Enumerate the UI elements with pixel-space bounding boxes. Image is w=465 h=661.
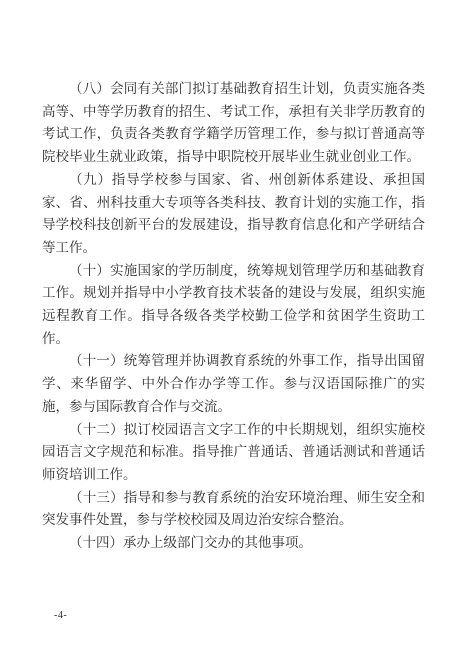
document-body: （八）会同有关部门拟订基础教育招生计划，负责实施各类高等、中等学历教育的招生、考…	[42, 78, 425, 555]
paragraph-item-9: （九）指导学校参与国家、省、州创新体系建设、承担国家、省、州科技重大专项等各类科…	[42, 169, 425, 260]
paragraph-item-11: （十一）统筹管理并协调教育系统的外事工作，指导出国留学、来华留学、中外合作办学等…	[42, 350, 425, 418]
paragraph-item-10: （十）实施国家的学历制度，统筹规划管理学历和基础教育工作。规划并指导中小学教育技…	[42, 260, 425, 351]
paragraph-item-13: （十三）指导和参与教育系统的治安环境治理、师生安全和突发事件处置，参与学校校园及…	[42, 487, 425, 532]
page-number: -4-	[54, 610, 67, 622]
paragraph-item-12: （十二）拟订校园语言文字工作的中长期规划，组织实施校园语言文字规范和标准。指导推…	[42, 419, 425, 487]
document-page: （八）会同有关部门拟订基础教育招生计划，负责实施各类高等、中等学历教育的招生、考…	[0, 0, 465, 661]
paragraph-item-14: （十四）承办上级部门交办的其他事项。	[42, 532, 425, 555]
paragraph-item-8: （八）会同有关部门拟订基础教育招生计划，负责实施各类高等、中等学历教育的招生、考…	[42, 78, 425, 169]
